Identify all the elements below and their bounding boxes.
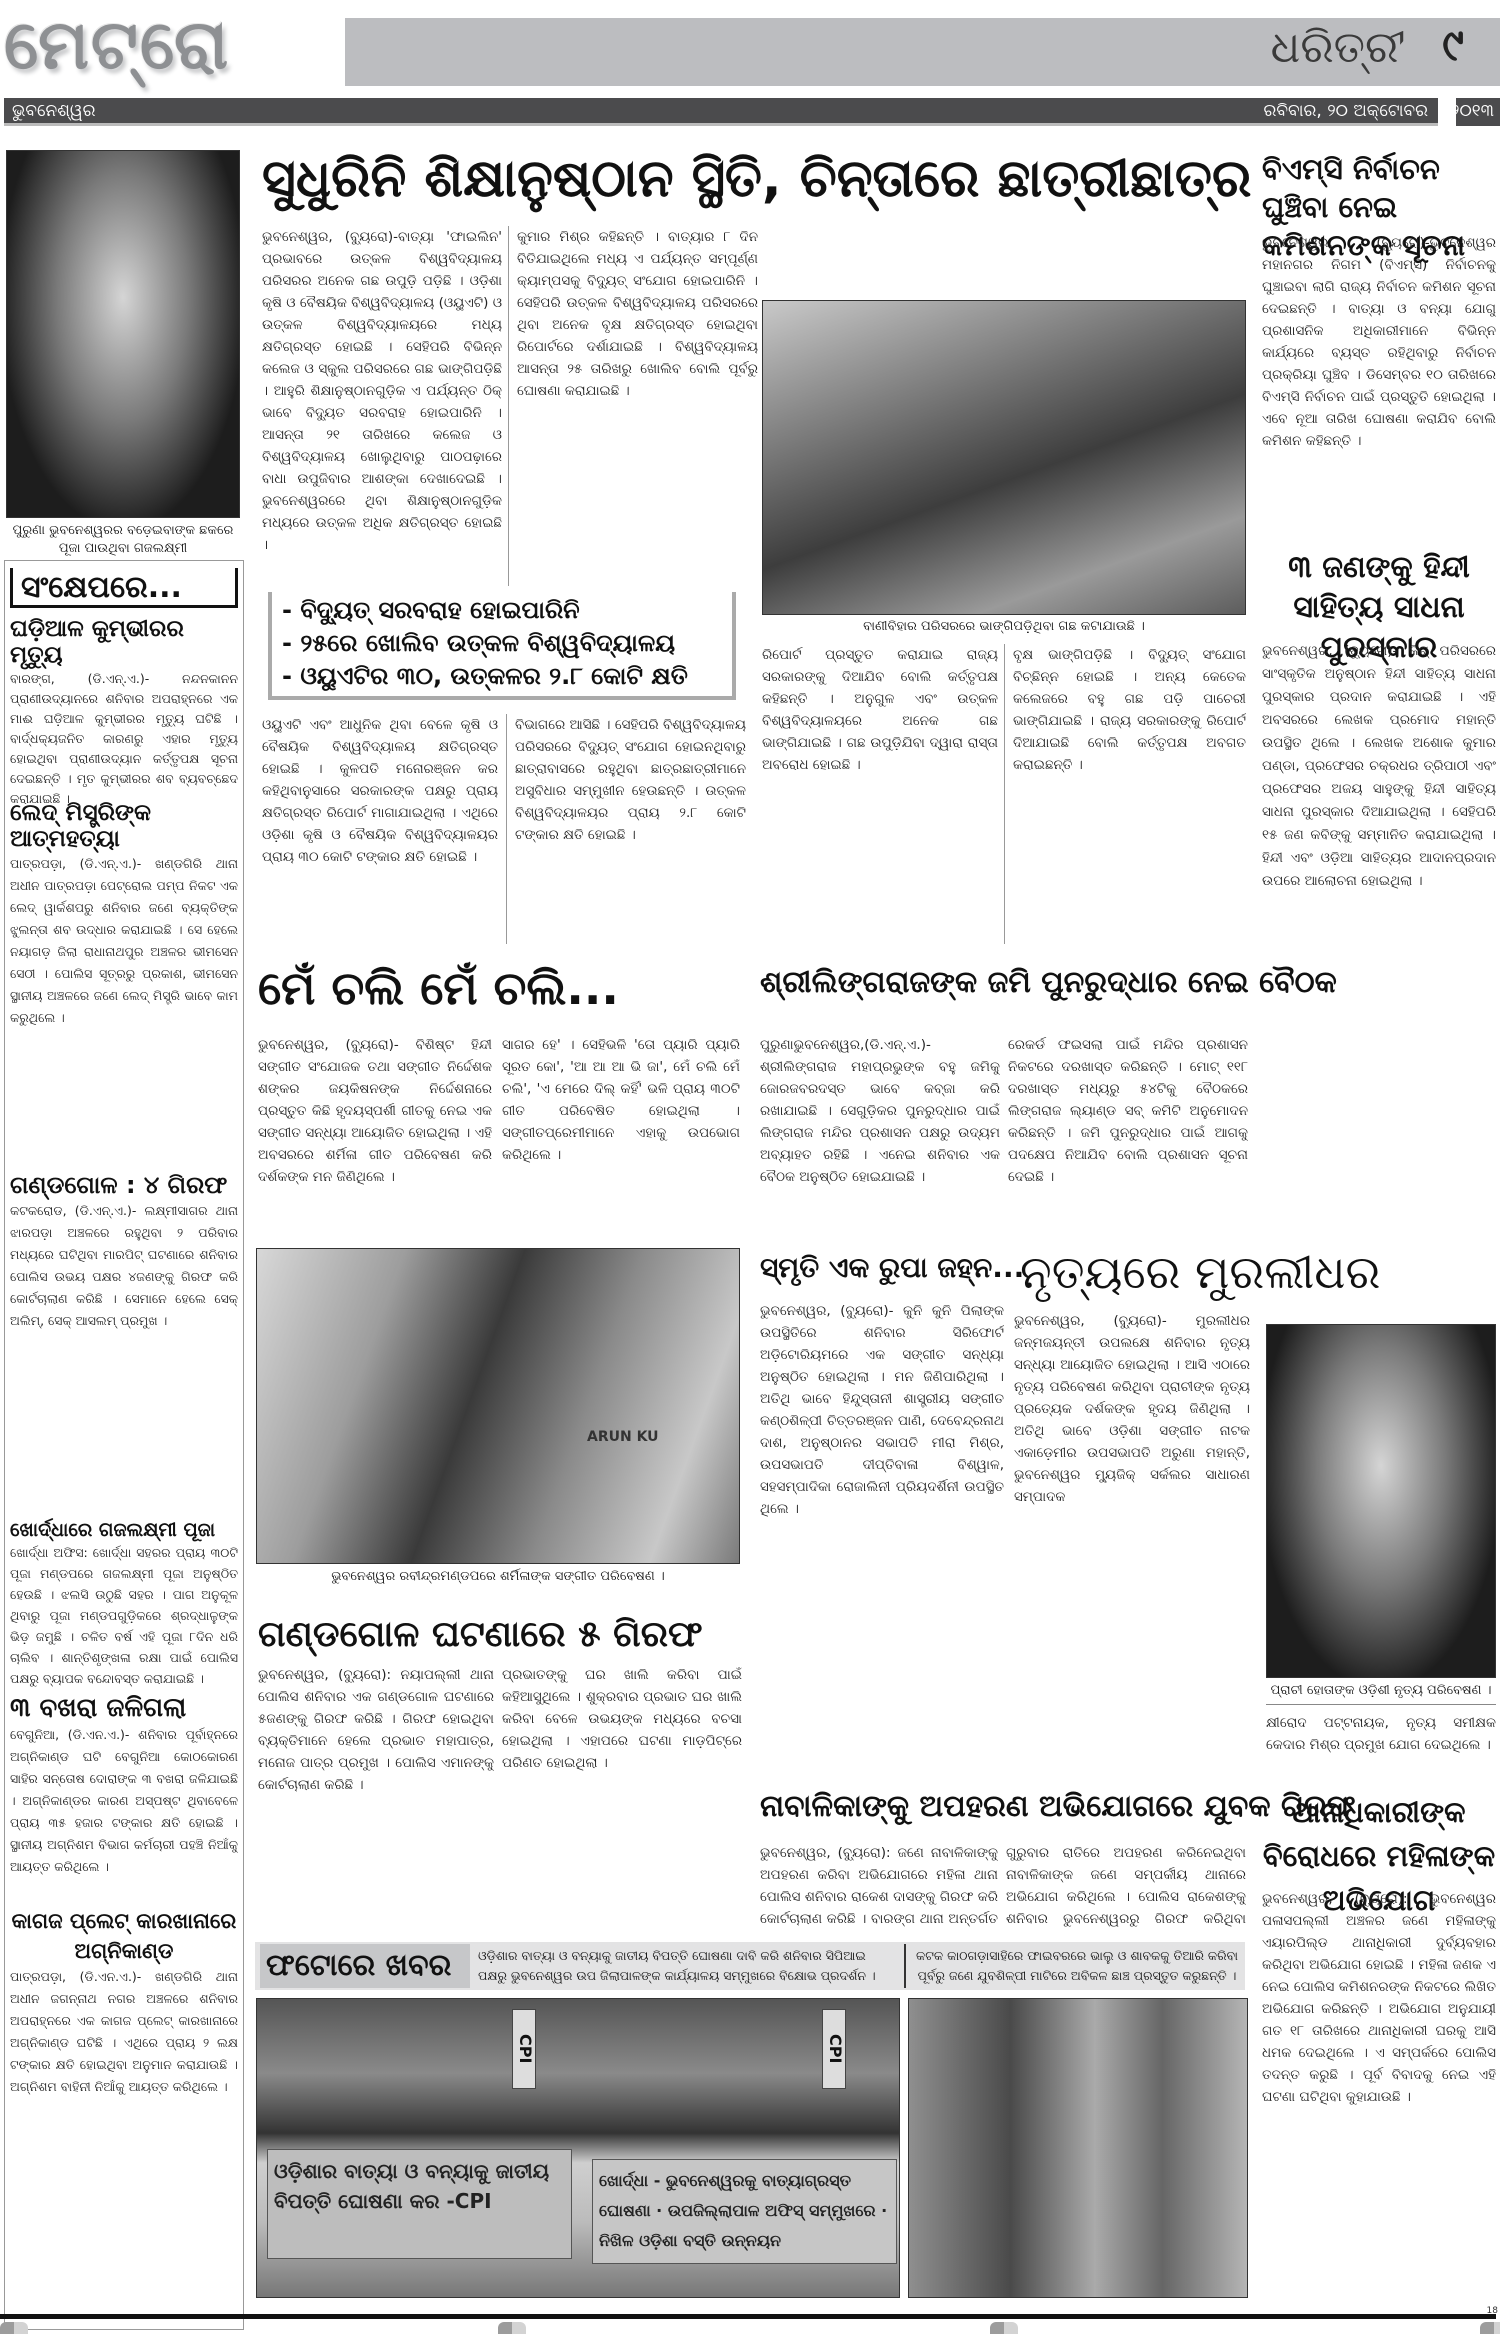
rally-banner-right: ଖୋର୍ଦ୍ଧା - ଭୁବନେଶ୍ୱରକୁ ବାତ୍ୟାଗ୍ରସ୍ତ ଘୋଷଣ… xyxy=(592,2159,897,2264)
brief-body: ପାତ୍ରପଡ଼ା, (ଡି.ଏନ.ଏ.)- ଖଣ୍ଡଗିରି ଥାନା ଅଧୀ… xyxy=(10,1966,238,2306)
lingaraj-body-col-2: ରେକର୍ଡ ଫଇସଲା ପାଇଁ ମନ୍ଦିର ପ୍ରଶାସନ ନିକଟରେ … xyxy=(1008,1034,1248,1234)
kidnap-headline: ନାବାଳିକାଙ୍କୁ ଅପହରଣ ଅଭିଯୋଗରେ ଯୁବକ ଗିରଫ xyxy=(760,1790,1250,1825)
brief-headline: କାଗଜ ପ୍ଲେଟ୍ କାରଖାନାରେ ଅଗ୍ନିକାଣ୍ଡ xyxy=(10,1906,238,1966)
brief-body: ଖୋର୍ଦ୍ଧା ଅଫିସ: ଖୋର୍ଦ୍ଧା ସହରର ପ୍ରାୟ ୩୦ଟି … xyxy=(10,1542,238,1692)
brief-body: ପାତ୍ରପଡ଼ା, (ଡି.ଏନ୍.ଏ.)- ଖଣ୍ଡଗିରି ଥାନା ଅଧ… xyxy=(10,853,238,1211)
cpi-placard: CPI xyxy=(822,2009,846,2089)
registration-mark-icon xyxy=(990,2322,1018,2334)
briefs-header: ସଂକ୍ଷେପରେ... xyxy=(10,568,238,608)
brief-crocodile: ଘଡ଼ିଆଳ କୁମ୍ଭୀରର ମୃତ୍ୟୁ ବାରଙ୍ଗ, (ଡି.ଏନ୍.ଏ… xyxy=(10,616,238,819)
clash-body-col-1: ଭୁବନେଶ୍ୱର, (ବ୍ୟୁରୋ): ନୟାପଲ୍ଲୀ ଥାନା ପୋଲିସ… xyxy=(258,1664,494,1930)
officer-body: ଭୁବନେଶ୍ୱର, (ବ୍ୟୁରୋ): ଭୁବନେଶ୍ୱର ପଳାସପଲ୍ଲୀ… xyxy=(1262,1888,1496,2308)
page-tab-arrow-icon xyxy=(1392,38,1406,70)
dance-body-tail: କ୍ଷୀରୋଦ ପଟ୍ଟନାୟକ, ନୃତ୍ୟ ସମୀକ୍ଷକ କେଦାର ମି… xyxy=(1266,1712,1496,1760)
photo-news-caption-right: କଟକ କାଠଗଡ଼ାସାହିରେ ଫାଇବରରେ ଭାଲୁ ଓ ଶାବକକୁ … xyxy=(912,1946,1242,1986)
folio-number: 18 xyxy=(1487,2306,1498,2316)
rally-banner-left: ଓଡ଼ିଶାର ବାତ୍ୟା ଓ ବନ୍ୟାକୁ ଜାତୀୟ ବିପତ୍ତି ଘ… xyxy=(267,2149,572,2259)
brief-headline: ଗଣ୍ଡଗୋଳ : ୪ ଗିରଫ xyxy=(10,1172,238,1200)
gajalakshmi-photo xyxy=(6,150,240,518)
music-body-col-1: ଭୁବନେଶ୍ୱର, (ବ୍ୟୁରୋ)- ବିଶିଷ୍ଟ ହିନ୍ଦୀ ସଙ୍ଗ… xyxy=(258,1034,492,1234)
edition-city: ଭୁବନେଶ୍ୱର xyxy=(12,101,96,121)
dance-body: ଭୁବନେଶ୍ୱର, (ବ୍ୟୁରୋ)- ମୁରଲୀଧର ଜନ୍ମଜୟନ୍ତୀ … xyxy=(1014,1310,1250,1630)
dancer-photo xyxy=(1266,1324,1496,1678)
gajalakshmi-caption: ପୁରୁଣା ଭୁବନେଶ୍ୱରର ବଡ଼େଇବାଙ୍କ ଛକରେ ପୂଜା ପ… xyxy=(6,522,240,558)
key-point: - ୨୫ରେ ଖୋଲିବ ଉତ୍କଳ ବିଶ୍ୱବିଦ୍ୟାଳୟ xyxy=(282,627,722,660)
section-title: ଧରିତ୍ରୀ xyxy=(1271,22,1408,73)
footer-rule xyxy=(0,2314,1496,2319)
lead-lower-col-2: ବିଭାଗରେ ଆସିଛି । ସେହିପରି ବିଶ୍ୱବିଦ୍ୟାଳୟ ପର… xyxy=(506,714,746,944)
singer-caption: ଭୁବନେଶ୍ୱର ରବୀନ୍ଦ୍ରମଣ୍ଡପରେ ଶର୍ମିଳାଙ୍କ ସଙ୍… xyxy=(256,1568,740,1586)
photo-banner-text: ARUN KU xyxy=(587,1429,659,1445)
brief-body: ବେଗୁନିଆ, (ଡି.ଏନ.ଏ.)- ଶନିବାର ପୂର୍ବାହ୍ନରେ … xyxy=(10,1724,238,1924)
singer-photo: ARUN KU xyxy=(256,1248,740,1564)
registration-mark-icon xyxy=(498,2322,526,2334)
brief-headline: ଲେଦ୍ ମିସ୍ତ୍ରିଙ୍କ ଆତ୍ମହତ୍ୟା xyxy=(10,800,238,853)
key-point: - ଓୟୁଏଟିର ୩୦, ଉତ୍କଳର ୨.୮ କୋଟି କ୍ଷତି xyxy=(282,660,722,693)
rupa-body: ଭୁବନେଶ୍ୱର, (ବ୍ୟୁରୋ)- କୁନି କୁନି ପିଲାଙ୍କ ଉ… xyxy=(760,1300,1004,1630)
cpi-rally-photo: ଓଡ଼ିଶାର ବାତ୍ୟା ଓ ବନ୍ୟାକୁ ଜାତୀୟ ବିପତ୍ତି ଘ… xyxy=(256,1998,900,2298)
lead-lower-col-3: ରିପୋର୍ଟ ପ୍ରସ୍ତୁତ କରାଯାଇ ରାଜ୍ୟ ସରକାରଙ୍କୁ … xyxy=(762,644,998,944)
brief-lathe-suicide: ଲେଦ୍ ମିସ୍ତ୍ରିଙ୍କ ଆତ୍ମହତ୍ୟା ପାତ୍ରପଡ଼ା, (ଡ… xyxy=(10,800,238,1211)
dance-headline: ନୃତ୍ୟରେ ମୁରଲୀଧର xyxy=(1020,1246,1500,1299)
edition-year: ୨୦୧୩ xyxy=(1386,101,1500,121)
newspaper-logo: ମେଟ୍ରୋ xyxy=(4,2,304,88)
brief-fire-rooms: ୩ ବଖରା ଜଳିଗଲା ବେଗୁନିଆ, (ଡି.ଏନ.ଏ.)- ଶନିବା… xyxy=(10,1694,238,1924)
kidnap-body-col-2: ଗୁରୁବାର ରାତିରେ ଅପହରଣ କରିନେଇଥିବା ନାବାଳିକା… xyxy=(1006,1842,1246,1934)
brief-headline: ଘଡ଼ିଆଳ କୁମ୍ଭୀରର ମୃତ୍ୟୁ xyxy=(10,616,238,669)
hindi-award-body: ଭୁବନେଶ୍ୱର, (ବ୍ୟୁରୋ)- କିଟ୍ ପରିସରରେ ସାଂସ୍କ… xyxy=(1262,640,1496,1236)
brief-body: କଟକରୋଡ, (ଡି.ଏନ୍.ଏ.)- ଲକ୍ଷ୍ମୀସାଗର ଥାନା ଝା… xyxy=(10,1200,238,1516)
photo-news-label: ଫଟୋରେ ଖବର xyxy=(260,1944,470,1988)
dancer-caption: ପ୍ରାଚୀ ହୋତାଙ୍କ ଓଡ଼ିଶୀ ନୃତ୍ୟ ପରିବେଷଣ । xyxy=(1266,1682,1496,1705)
key-point: - ବିଦ୍ୟୁତ୍ ସରବରାହ ହୋଇପାରିନି xyxy=(282,594,722,627)
lead-lower-col-1: ଓୟୁଏଟି ଏବଂ ଆଧୁନିକ ଥିବା ବେଳେ କୃଷି ଓ ବୈଷୟି… xyxy=(262,714,498,944)
brief-headline: ୩ ବଖରା ଜଳିଗଲା xyxy=(10,1694,238,1724)
clash-headline: ଗଣ୍ଡଗୋଳ ଘଟଣାରେ ୫ ଗିରଫ xyxy=(258,1614,742,1655)
brief-body: ବାରଙ୍ଗ, (ଡି.ଏନ୍.ଏ.)- ନନ୍ଦନକାନନ ପ୍ରାଣୀଉଦ୍… xyxy=(10,669,238,819)
bear-sculpture-photo xyxy=(908,1998,1248,2298)
lead-lower-col-4: ବୃକ୍ଷ ଭାଙ୍ଗିପଡ଼ିଛି । ବିଦ୍ୟୁତ୍ ସଂଯୋଗ ବିଚ୍… xyxy=(1004,644,1246,944)
brief-headline: ଖୋର୍ଦ୍ଧାରେ ଗଜଲକ୍ଷ୍ମୀ ପୂଜା xyxy=(10,1520,238,1542)
brief-clash-4-arrested: ଗଣ୍ଡଗୋଳ : ୪ ଗିରଫ କଟକରୋଡ, (ଡି.ଏନ୍.ଏ.)- ଲକ… xyxy=(10,1172,238,1516)
music-headline: ମେଁ ଚଲି ମେଁ ଚଲି... xyxy=(258,962,738,1015)
lead-body-col-1: ଭୁବନେଶ୍ୱର, (ବ୍ୟୁରୋ)-ବାତ୍ୟା 'ଫାଇଲିନ' ପ୍ରଭ… xyxy=(262,226,502,586)
cpi-placard: CPI xyxy=(512,2009,536,2089)
clash-body-col-2: ପ୍ରଭାତଙ୍କୁ ଘର ଖାଲି କରିବା ପାଇଁ କହିଆସୁଥିଲେ… xyxy=(502,1664,742,1930)
photo-news-caption-left: ଓଡ଼ିଶାର ବାତ୍ୟା ଓ ବନ୍ୟାକୁ ଜାତୀୟ ବିପତ୍ତି ଘ… xyxy=(478,1946,898,1986)
kidnap-body-col-1: ଭୁବନେଶ୍ୱର, (ବ୍ୟୁରୋ): ଜଣେ ନାବାଳିକାଙ୍କୁ ଅପ… xyxy=(760,1842,998,1934)
lead-body-col-2: କୁମାର ମିଶ୍ର କହିଛନ୍ତି । ବାତ୍ୟାର ୮ ଦିନ ବିତ… xyxy=(508,226,758,586)
key-points-box: - ବିଦ୍ୟୁତ୍ ସରବରାହ ହୋଇପାରିନି - ୨୫ରେ ଖୋଲିବ… xyxy=(268,592,736,700)
dateline-bar xyxy=(4,98,1438,126)
bmc-body: ଭୁବନେଶ୍ୱର, (ବ୍ୟୁରୋ)-ଭୁବନେଶ୍ୱର ମହାନଗର ନିଗ… xyxy=(1262,232,1496,532)
fallen-tree-caption: ବାଣୀବିହାର ପରିସରରେ ଭାଙ୍ଗିପଡ଼ିଥିବା ଗଛ କଟାଯ… xyxy=(762,618,1246,636)
fallen-tree-photo xyxy=(762,300,1246,615)
music-body-col-2: ସାଗର ହେ' । ସେହିଭଳି 'ତୋ ପ୍ୟାରି ପ୍ୟାରି ସୂର… xyxy=(502,1034,740,1234)
brief-khordha-puja: ଖୋର୍ଦ୍ଧାରେ ଗଜଲକ୍ଷ୍ମୀ ପୂଜା ଖୋର୍ଦ୍ଧା ଅଫିସ:… xyxy=(10,1520,238,1692)
page-number: ୯ xyxy=(1406,20,1500,71)
photo-news-divider xyxy=(904,1944,906,1988)
registration-mark-icon xyxy=(1480,2322,1500,2334)
lingaraj-headline: ଶ୍ରୀଲିଙ୍ଗରାଜଙ୍କ ଜମି ପୁନରୁଦ୍ଧାର ନେଇ ବୈଠକ xyxy=(760,966,1252,1001)
lingaraj-body-col-1: ପୁରୁଣାଭୁବନେଶ୍ୱର,(ଡି.ଏନ୍.ଏ.)- ଶ୍ରୀଲିଙ୍ଗରା… xyxy=(760,1034,1000,1234)
lead-headline: ସୁଧୁରିନି ଶିକ୍ଷାନୁଷ୍ଠାନ ସ୍ଥିତି, ଚିନ୍ତାରେ … xyxy=(262,150,1242,210)
brief-paper-plate-fire: କାଗଜ ପ୍ଲେଟ୍ କାରଖାନାରେ ଅଗ୍ନିକାଣ୍ଡ ପାତ୍ରପଡ… xyxy=(10,1906,238,2306)
registration-mark-icon xyxy=(0,2322,28,2334)
rupa-headline: ସ୍ମୃତି ଏକ ରୁପା ଜହ୍ନ... xyxy=(760,1252,1010,1284)
